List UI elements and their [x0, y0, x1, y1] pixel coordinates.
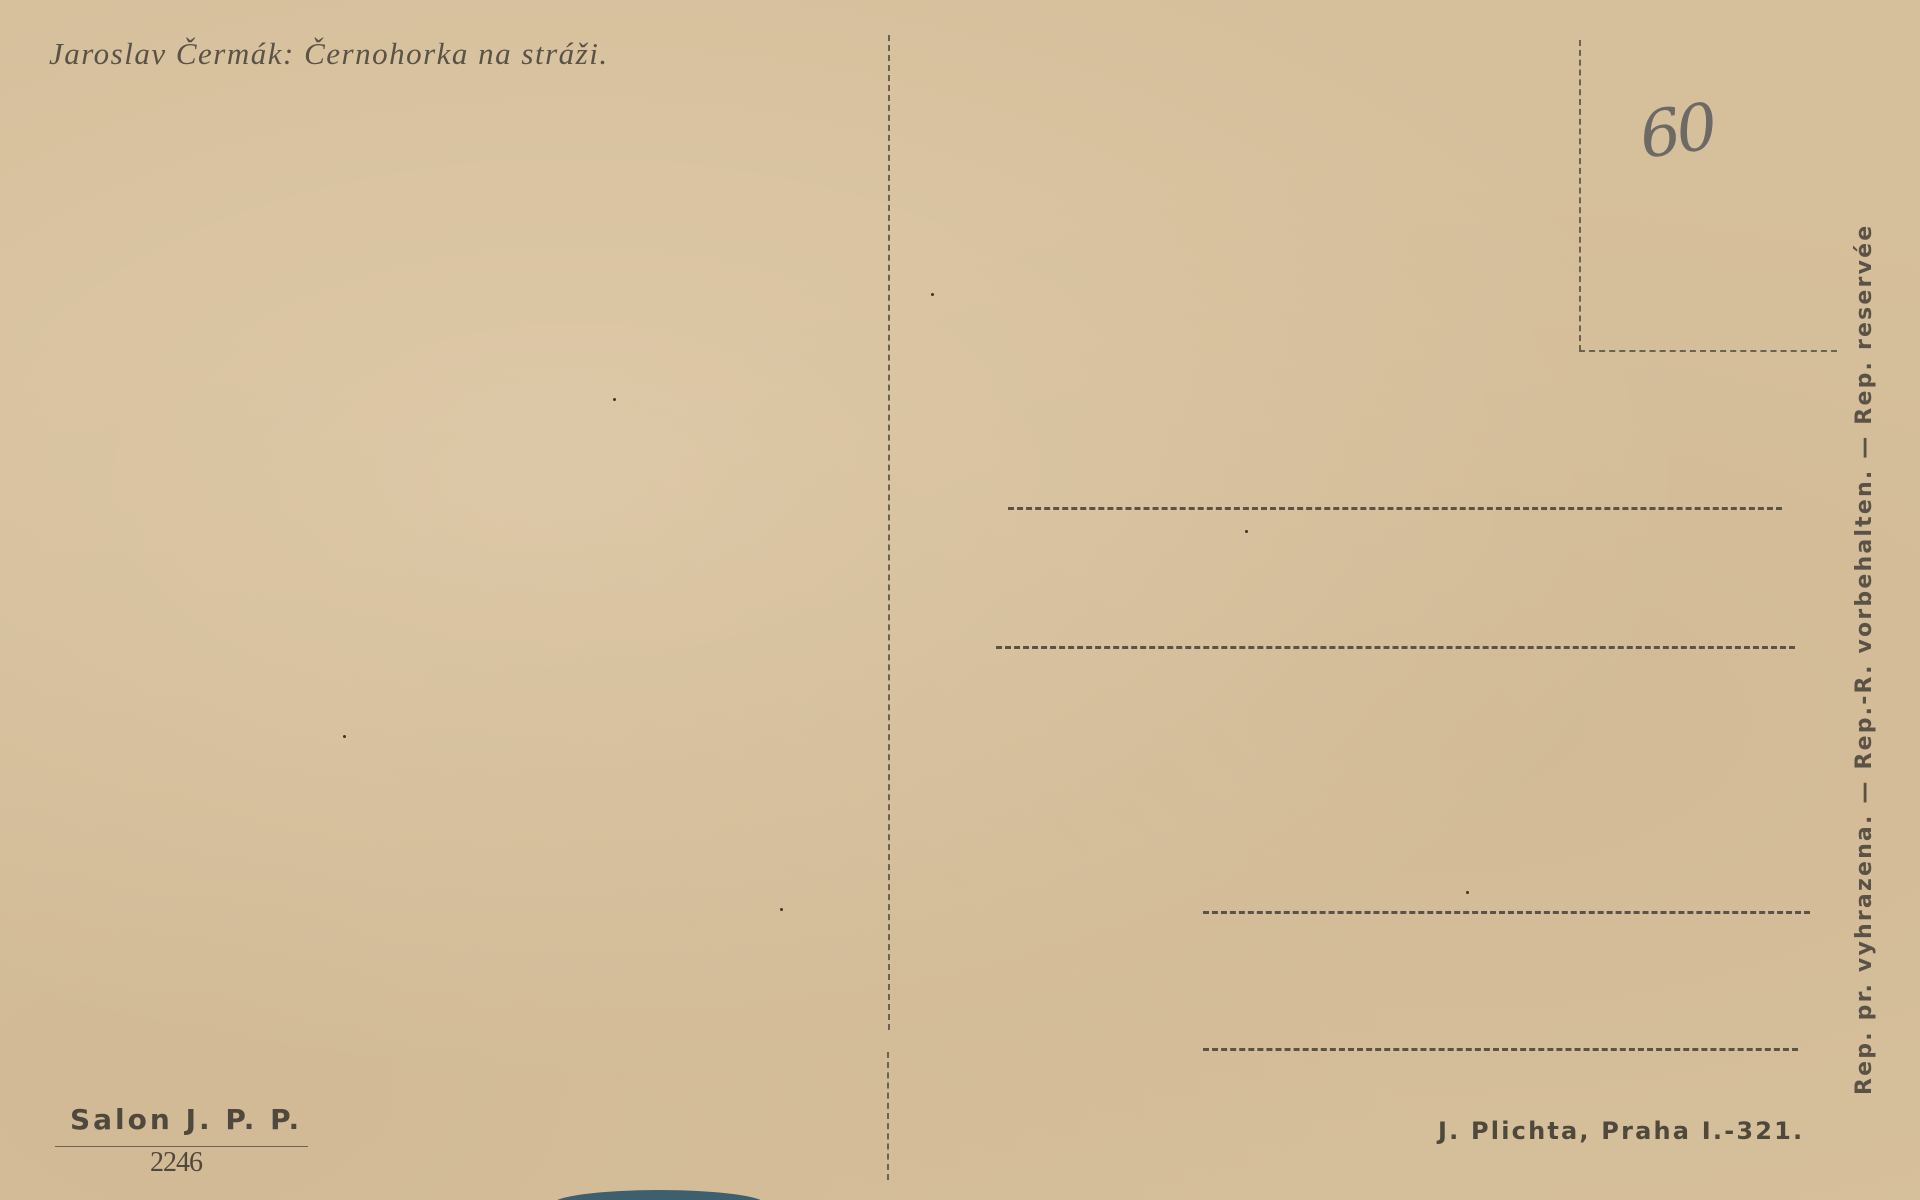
address-line-3	[1203, 911, 1810, 914]
printer-imprint: J. Plichta, Praha I.-321.	[1438, 1117, 1804, 1145]
paper-speck	[1466, 891, 1469, 894]
center-divider	[888, 35, 890, 1030]
stamp-box-left-edge	[1579, 40, 1581, 351]
address-line-4	[1203, 1048, 1798, 1051]
catalog-number: 2246	[150, 1147, 202, 1179]
stamp-box	[1579, 40, 1837, 351]
paper-speck	[931, 293, 934, 296]
paper-speck	[613, 398, 616, 401]
paper-speck	[1245, 530, 1248, 533]
publisher-series: Salon J. P. P.	[70, 1103, 302, 1136]
address-line-1	[1008, 507, 1782, 510]
paper-speck	[780, 908, 783, 911]
center-divider-lower	[887, 1052, 889, 1180]
rights-notice: Rep. pr. vyhrazena. — Rep.-R. vorbehalte…	[1852, 224, 1877, 1095]
address-line-2	[996, 646, 1795, 649]
paper-speck	[343, 735, 346, 738]
artwork-title: Jaroslav Čermák: Černohorka na stráži.	[49, 36, 609, 72]
stamp-box-bottom-edge	[1579, 350, 1837, 352]
handwritten-price-note: 60	[1635, 90, 1718, 174]
blue-ink-mark	[553, 1190, 765, 1200]
